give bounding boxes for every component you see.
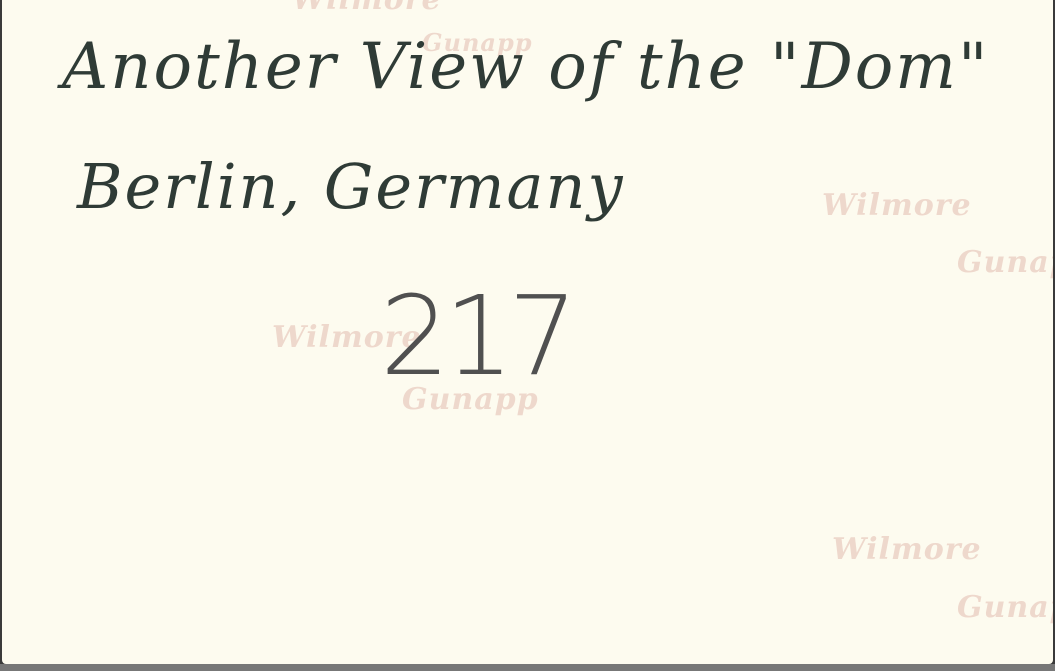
handwritten-caption-line2: Berlin, Germany	[77, 150, 624, 223]
scan-edge	[0, 664, 1055, 671]
watermark: Gunapp	[957, 245, 1053, 280]
postcard-back: Wilmore Gunapp Wilmore Gunapp Wilmore Gu…	[2, 0, 1053, 664]
watermark: Wilmore	[832, 532, 982, 567]
watermark: Gunapp	[957, 590, 1053, 625]
handwritten-caption-line1: Another View of the "Dom"	[62, 30, 989, 104]
watermark: Wilmore	[292, 0, 442, 17]
watermark: Wilmore	[822, 188, 972, 223]
pencil-number: 217	[380, 272, 572, 400]
